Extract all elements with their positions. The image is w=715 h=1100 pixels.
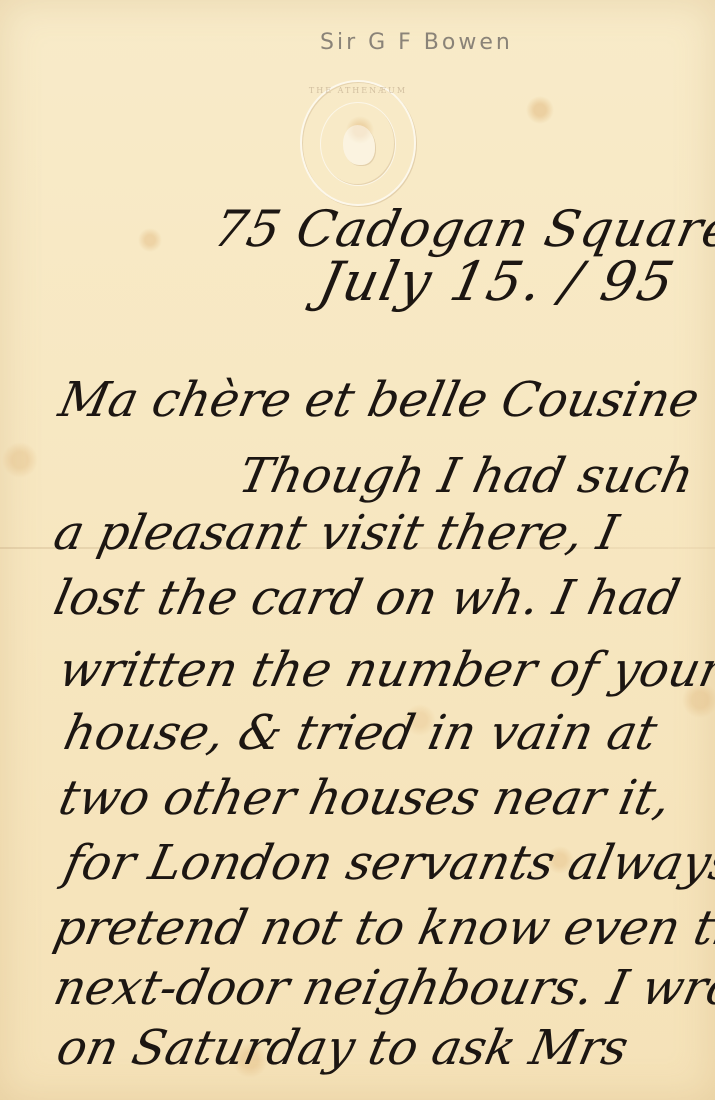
athena-head-icon [343, 125, 375, 165]
body-line: house, & tried in vain at [59, 705, 662, 761]
letter-date: July 15. / 95 [313, 250, 681, 313]
body-line: a pleasant visit there, I [49, 505, 623, 561]
body-line: written the number of your [54, 642, 715, 698]
salutation: Ma chère et belle Cousine [54, 372, 704, 428]
body-line: lost the card on wh. I had [49, 570, 685, 626]
seal-inner-ring [320, 102, 396, 186]
body-line: two other houses near it, [54, 770, 676, 826]
body-line: on Saturday to ask Mrs [52, 1020, 633, 1076]
body-line: Though I had such [234, 448, 699, 504]
seal-text: THE ATHENÆUM [302, 86, 414, 95]
pencil-annotation: Sir G F Bowen [320, 30, 513, 55]
body-line: next-door neighbours. I wrote [49, 960, 715, 1016]
athenaeum-seal-icon: THE ATHENÆUM [300, 80, 416, 206]
body-line: for London servants always [59, 835, 715, 891]
body-line: pretend not to know even their [49, 900, 715, 956]
letter-page: Sir G F Bowen THE ATHENÆUM 75 Cadogan Sq… [0, 0, 715, 1100]
